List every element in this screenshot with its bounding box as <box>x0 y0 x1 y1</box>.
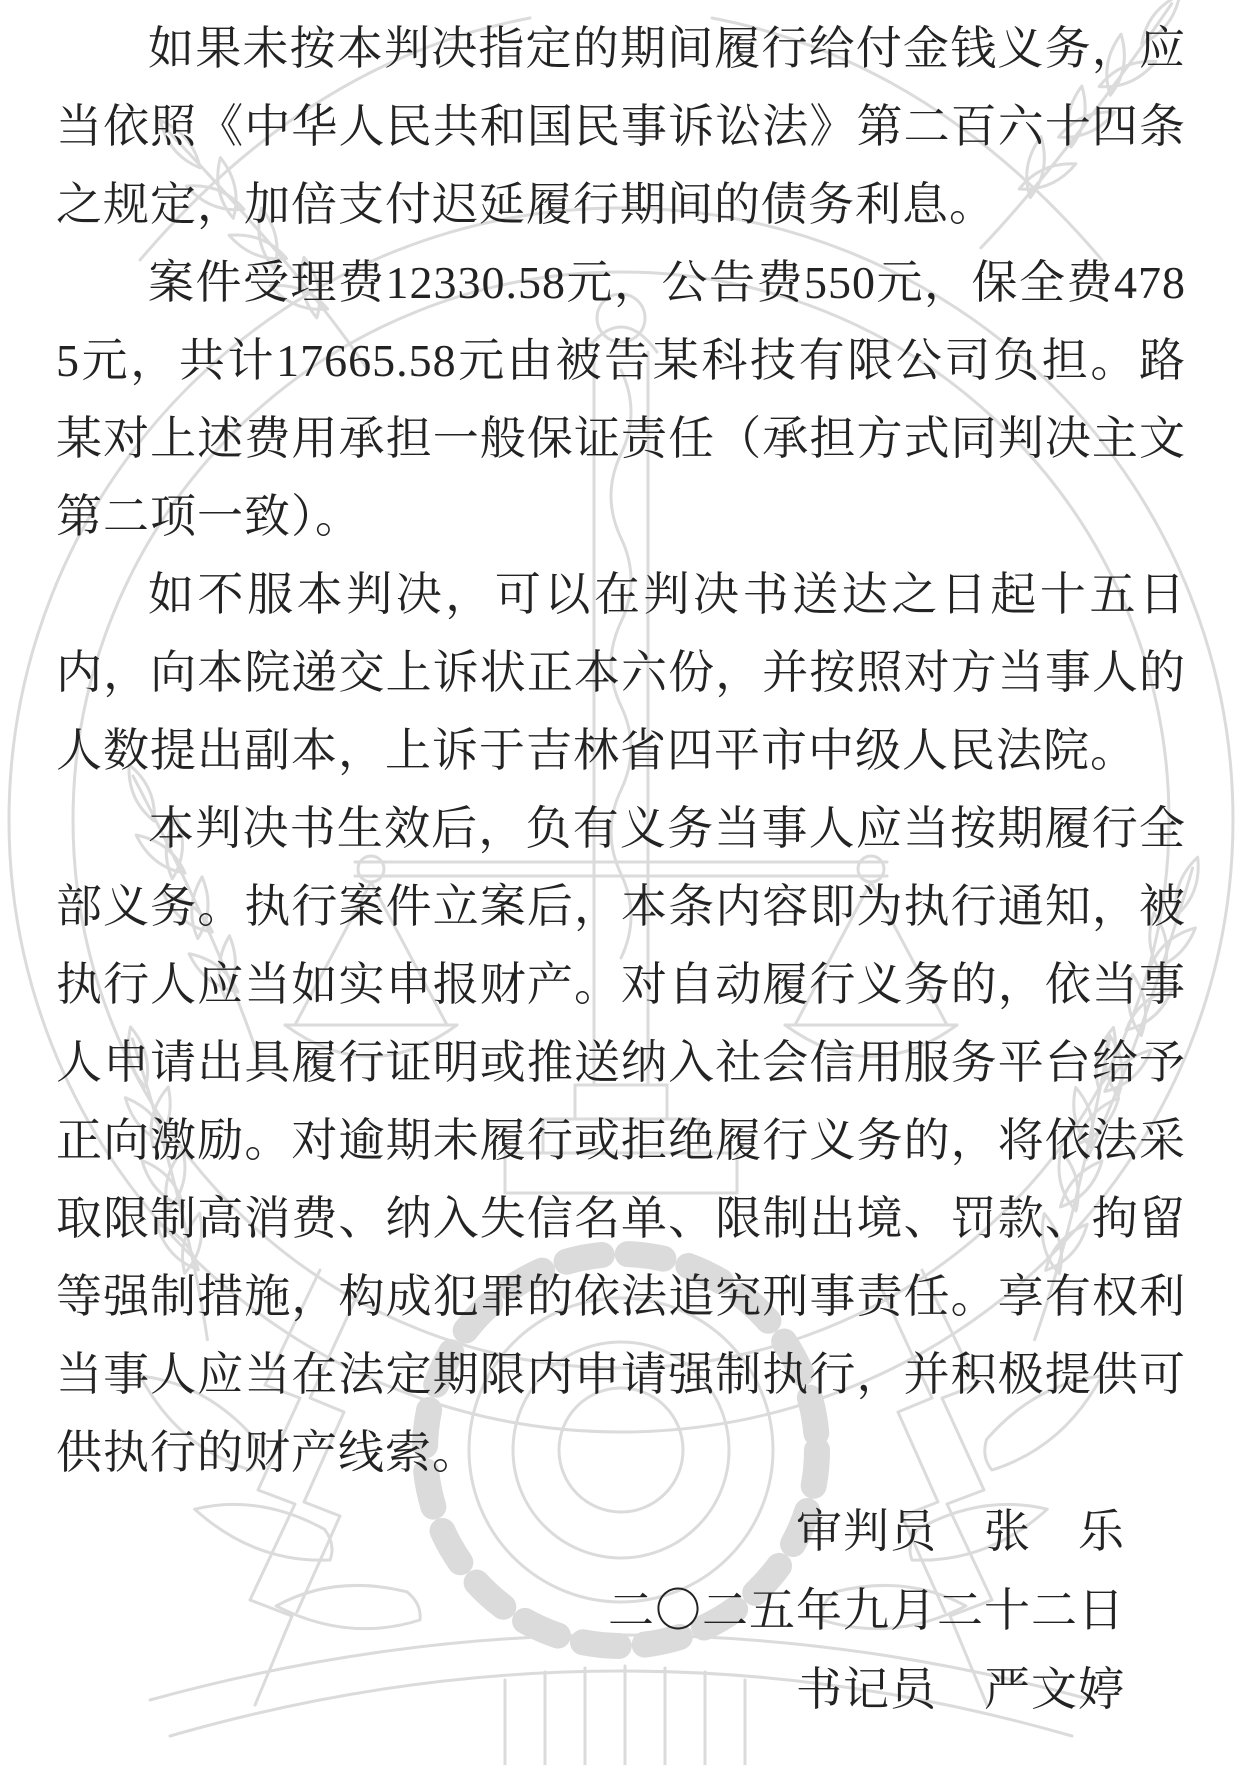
clerk-signature-line: 书记员 严文婷 <box>56 1650 1186 1729</box>
paragraph-enforcement-notice: 本判决书生效后，负有义务当事人应当按期履行全部义务。执行案件立案后，本条内容即为… <box>56 790 1186 1492</box>
judgment-date-line: 二〇二五年九月二十二日 <box>56 1571 1186 1650</box>
paragraph-interest-penalty: 如果未按本判决指定的期间履行给付金钱义务，应当依照《中华人民共和国民事诉讼法》第… <box>56 10 1186 244</box>
paragraph-appeal-rights: 如不服本判决，可以在判决书送达之日起十五日内，向本院递交上诉状正本六份，并按照对… <box>56 556 1186 790</box>
judge-signature-line: 审判员 张 乐 <box>56 1492 1186 1571</box>
judgment-page: 如果未按本判决指定的期间履行给付金钱义务，应当依照《中华人民共和国民事诉讼法》第… <box>0 0 1242 1765</box>
judgment-text: 如果未按本判决指定的期间履行给付金钱义务，应当依照《中华人民共和国民事诉讼法》第… <box>0 0 1242 1765</box>
paragraph-court-fees: 案件受理费12330.58元，公告费550元，保全费4785元，共计17665.… <box>56 244 1186 556</box>
